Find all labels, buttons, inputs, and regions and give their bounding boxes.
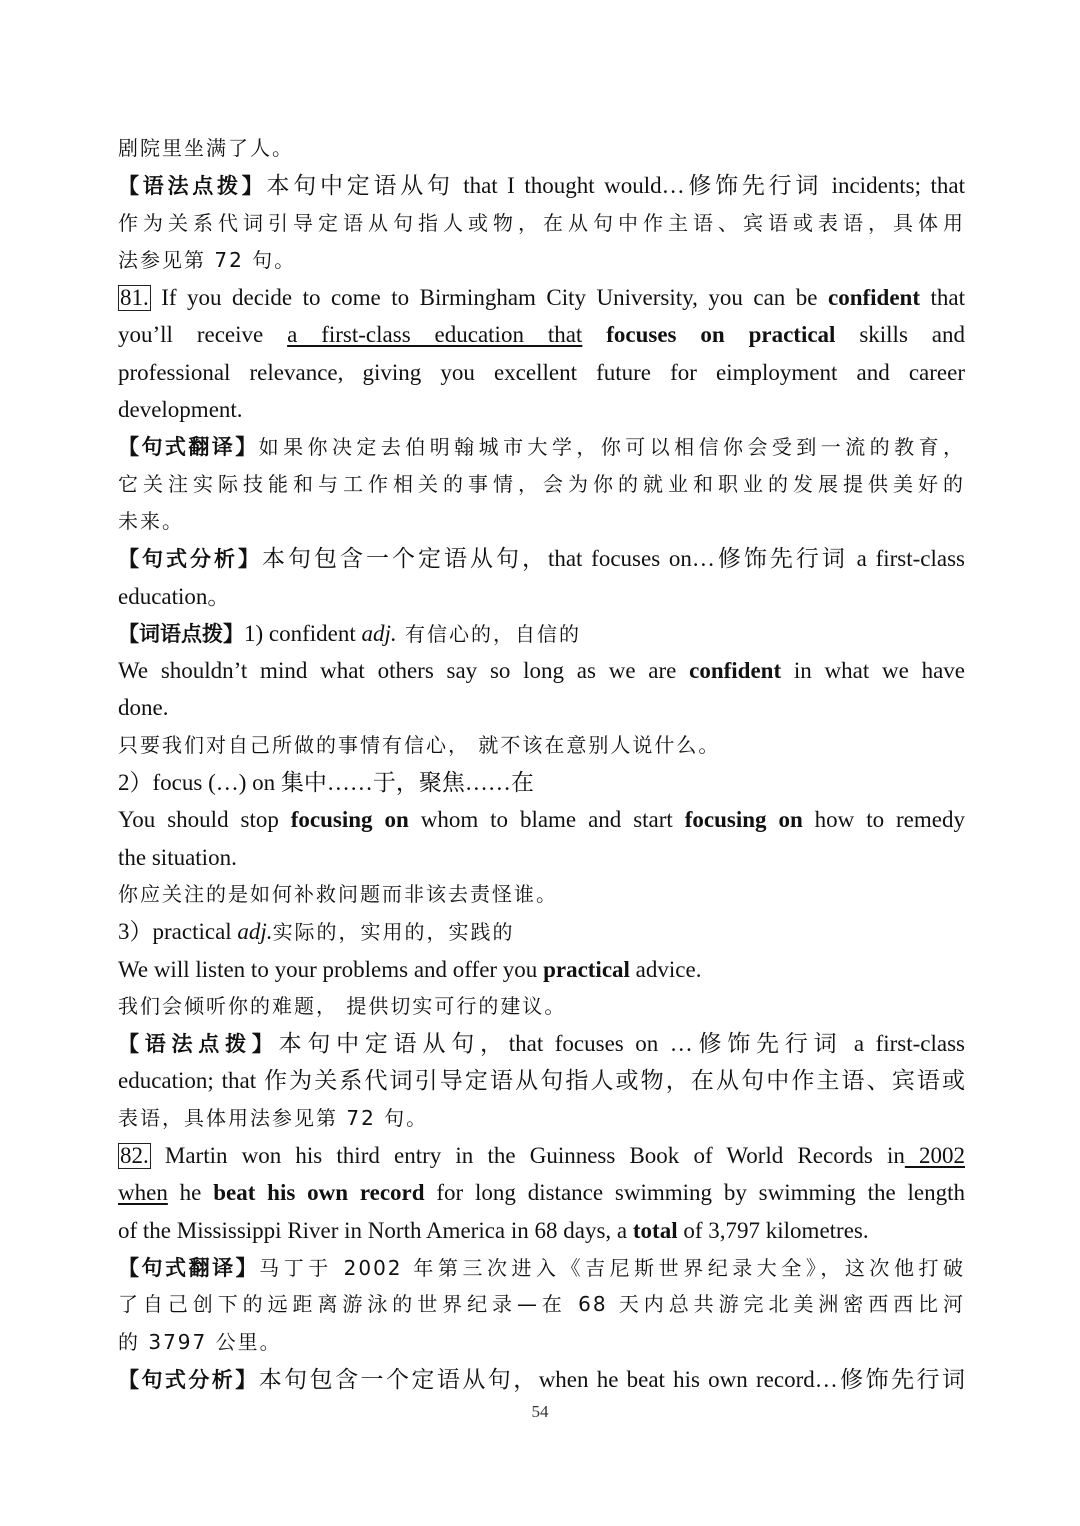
s81-vocab-example-1: We shouldn’t mind what others say so lon… (118, 652, 965, 689)
sentence-number-82: 82. (118, 1143, 151, 1169)
s82-translation-line-1: 【句式翻译】马丁于 2002 年第三次进入《吉尼斯世界纪录大全》，这次他打破 (118, 1249, 965, 1286)
s81-analysis-line-1: 【句式分析】本句包含一个定语从句，that focuses on…修饰先行词 a… (118, 540, 965, 577)
s81-grammar-line-1: 【语法点拨】本句中定语从句，that focuses on …修饰先行词 a f… (118, 1025, 965, 1062)
s81-translation-line-2: 它关注实际技能和与工作相关的事情，会为你的就业和职业的发展提供美好的 (118, 466, 965, 503)
grammar-tag: 【语法点拨】 (118, 174, 266, 198)
sentence-number-81: 81. (118, 285, 151, 311)
sentence-82-line-3: of the Mississippi River in North Americ… (118, 1212, 965, 1249)
s81-vocab-example-2-cn: 你应关注的是如何补救问题而非该去责怪谁。 (118, 876, 965, 913)
sentence-82-line-2: when he beat his own record for long dis… (118, 1174, 965, 1211)
sentence-81-line-4: development. (118, 391, 965, 428)
prev-grammar-line-3: 法参见第 72 句。 (118, 242, 965, 279)
s81-grammar-line-2: education; that 作为关系代词引导定语从句指人或物，在从句中作主语… (118, 1062, 965, 1099)
s81-vocab-item-3: 3）practical adj.实际的，实用的，实践的 (118, 913, 965, 950)
s81-vocab-example-3: We will listen to your problems and offe… (118, 951, 965, 988)
sentence-81-line-3: professional relevance, giving you excel… (118, 354, 965, 391)
s81-vocab-item-1: 【词语点拨】1) confident adj. 有信心的，自信的 (118, 615, 965, 652)
s81-vocab-example-1-cn: 只要我们对自己所做的事情有信心， 就不该在意别人说什么。 (118, 727, 965, 764)
s81-vocab-item-2: 2）focus (…) on 集中……于，聚焦……在 (118, 764, 965, 801)
s82-analysis-line-1: 【句式分析】本句包含一个定语从句，when he beat his own re… (118, 1361, 965, 1398)
sentence-81-line-1: 81. If you decide to come to Birmingham … (118, 279, 965, 316)
s81-vocab-example-1-cont: done. (118, 689, 965, 726)
prev-grammar-line-2: 作为关系代词引导定语从句指人或物，在从句中作主语、宾语或表语，具体用 (118, 205, 965, 242)
page-number: 54 (0, 1402, 1080, 1422)
antecedent-underline: a first-class education that (287, 322, 582, 347)
s81-vocab-example-2: You should stop focusing on whom to blam… (118, 801, 965, 838)
s81-grammar-line-3: 表语，具体用法参见第 72 句。 (118, 1100, 965, 1137)
s82-translation-line-3: 的 3797 公里。 (118, 1324, 965, 1361)
s82-translation-line-2: 了自己创下的远距离游泳的世界纪录—在 68 天内总共游完北美洲密西西比河 (118, 1286, 965, 1323)
s81-vocab-example-2-cont: the situation. (118, 839, 965, 876)
prev-grammar-line-1: 【语法点拨】本句中定语从句 that I thought would…修饰先行词… (118, 167, 965, 204)
s81-translation-line-1: 【句式翻译】如果你决定去伯明翰城市大学，你可以相信你会受到一流的教育， (118, 428, 965, 465)
sentence-82-line-1: 82. Martin won his third entry in the Gu… (118, 1137, 965, 1174)
prev-translation-tail: 剧院里坐满了人。 (118, 130, 965, 167)
sentence-81-line-2: you’ll receive a first-class education t… (118, 316, 965, 353)
document-page: 剧院里坐满了人。 【语法点拨】本句中定语从句 that I thought wo… (118, 130, 965, 1398)
s81-vocab-example-3-cn: 我们会倾听你的难题， 提供切实可行的建议。 (118, 988, 965, 1025)
s81-translation-line-3: 未来。 (118, 503, 965, 540)
s81-analysis-line-2: education。 (118, 578, 965, 615)
